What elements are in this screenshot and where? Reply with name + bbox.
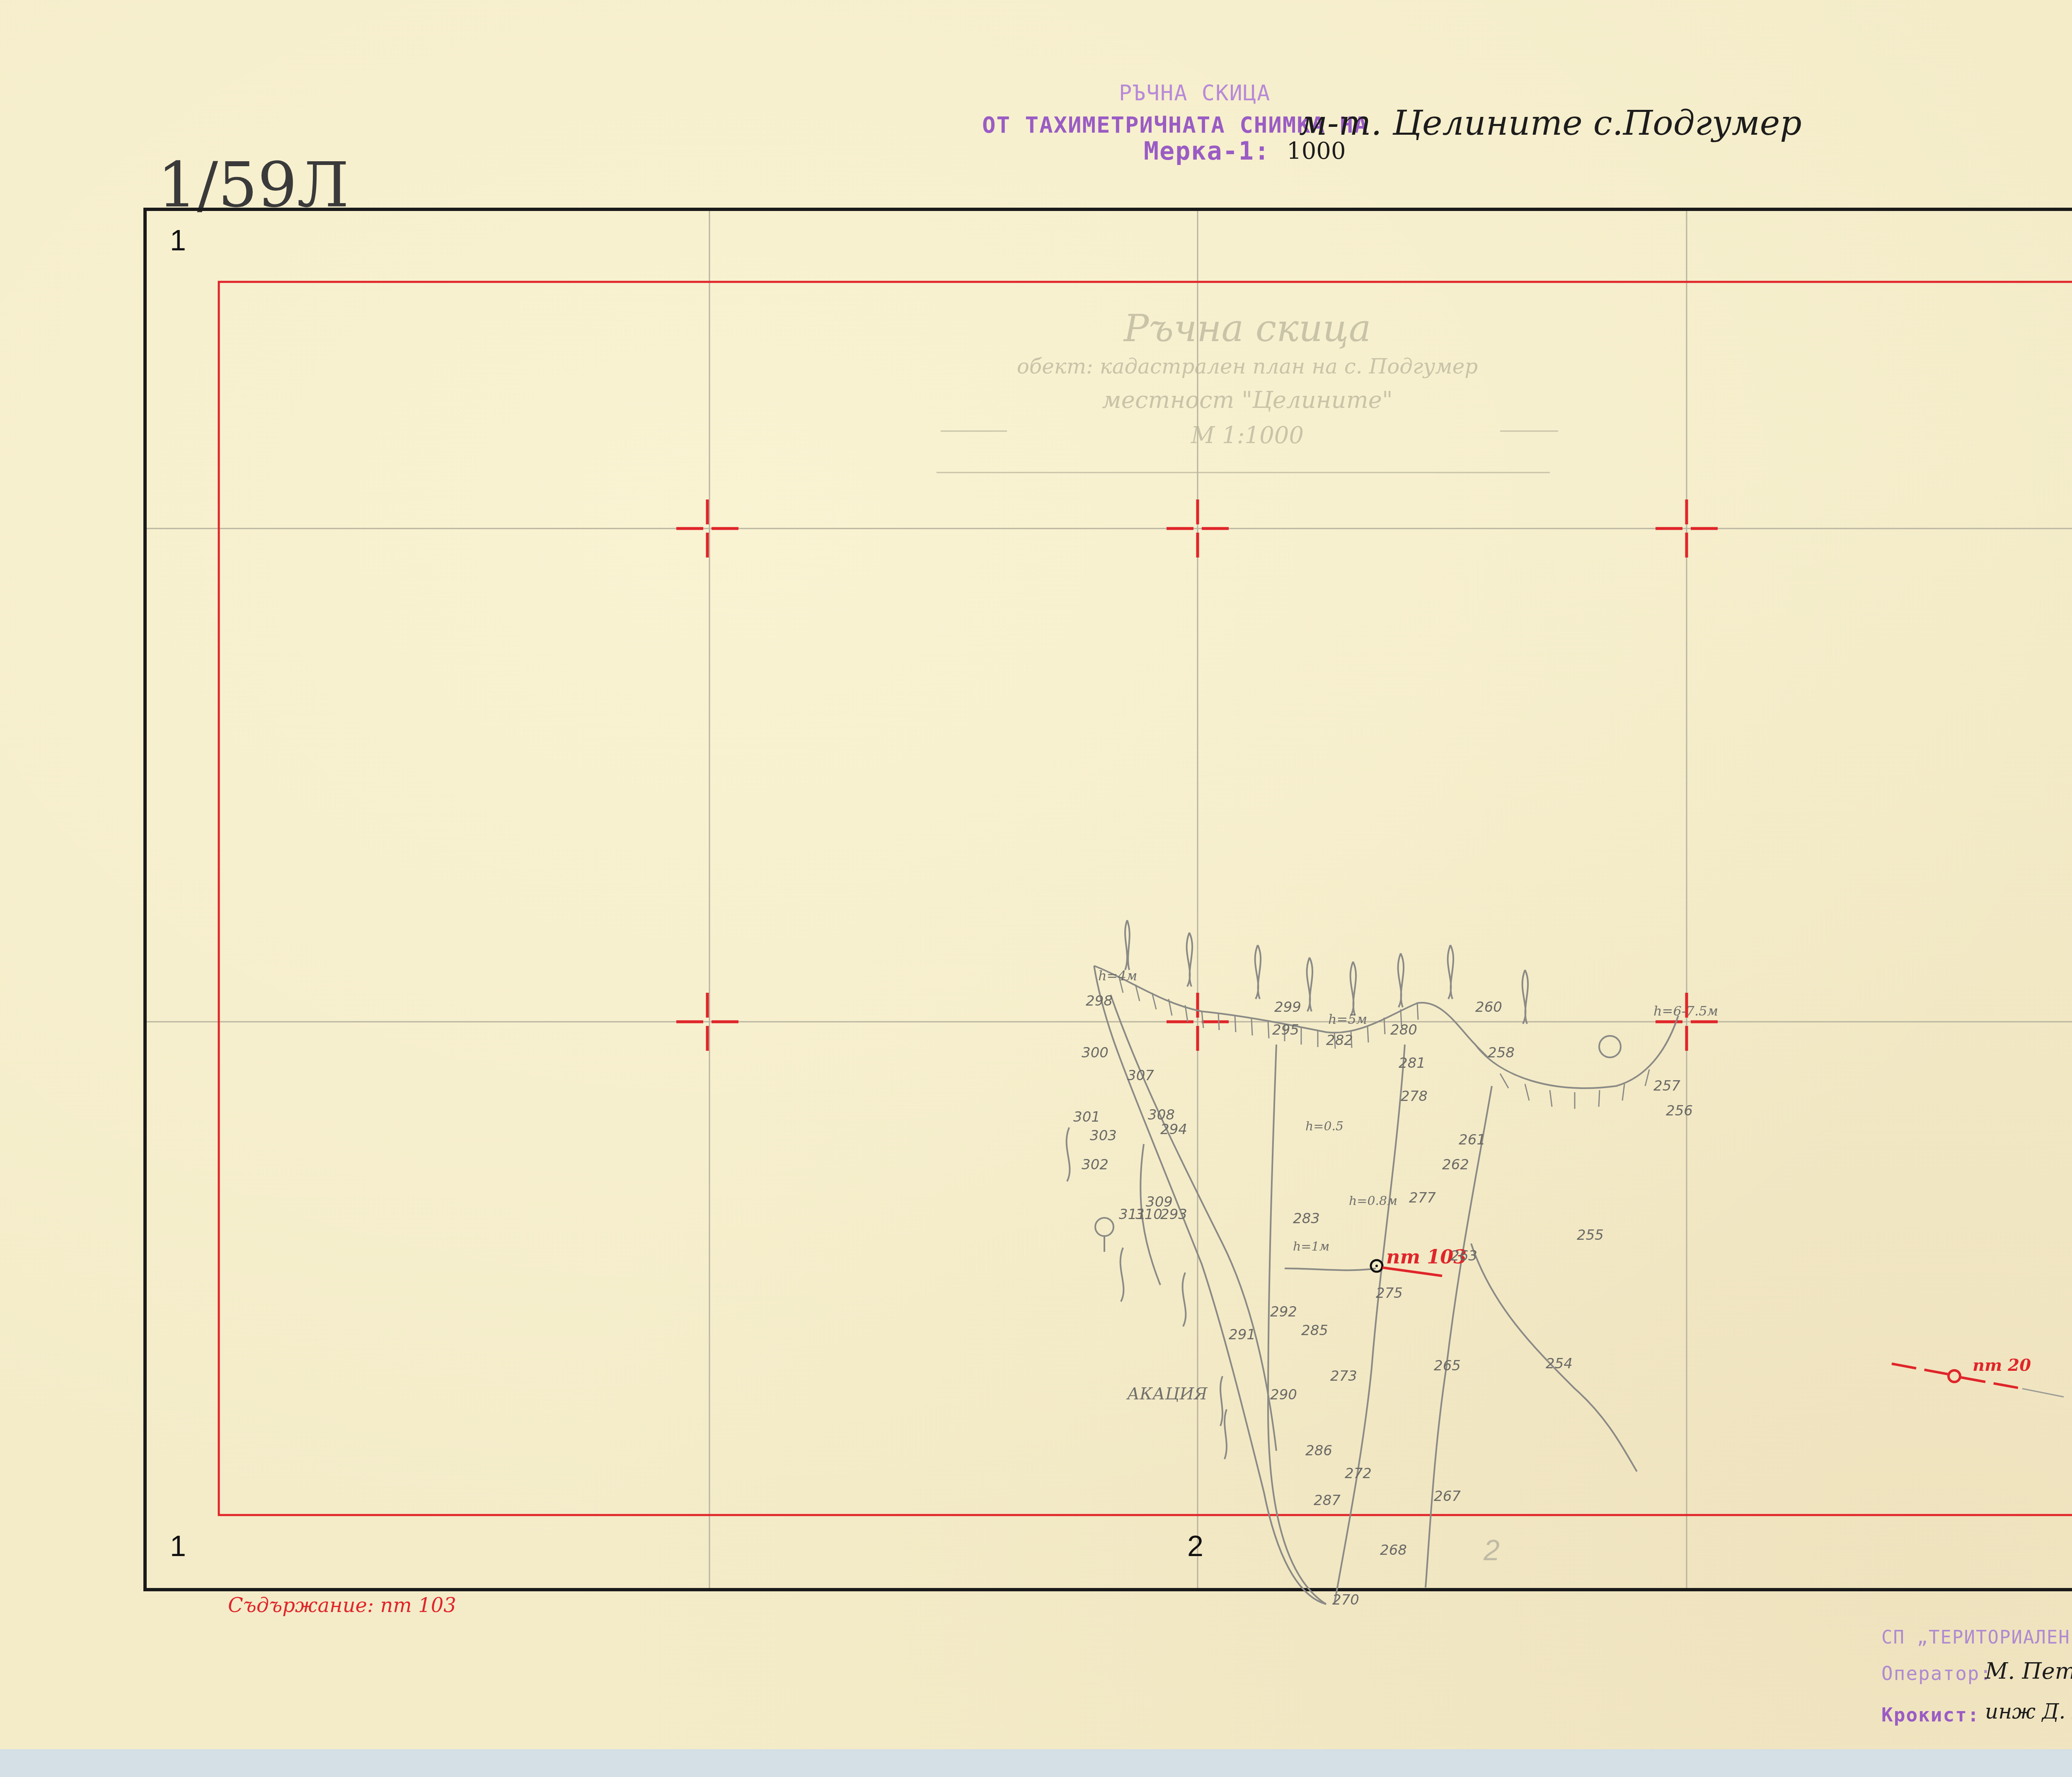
elevation-label: 294 [1160, 1121, 1187, 1138]
elevation-label: 255 [1577, 1227, 1604, 1244]
feature-label-h08: h=0.8м [1349, 1194, 1397, 1208]
elevation-label: 293 [1160, 1206, 1187, 1223]
elevation-label: 273 [1330, 1368, 1357, 1384]
elevation-label: 265 [1434, 1358, 1461, 1374]
elevation-label: 280 [1390, 1022, 1417, 1038]
point-label-pt20: пт 20 [1973, 1355, 2031, 1375]
elevation-label: 270 [1332, 1592, 1359, 1608]
elevation-label: 267 [1434, 1488, 1461, 1505]
bottom-center-label: 2 [1187, 1530, 1203, 1563]
elevation-label: 277 [1409, 1190, 1436, 1206]
faint-grid-label: 2 [1484, 1534, 1500, 1567]
feature-label-h4: h=4м [1098, 968, 1137, 984]
elevation-label: 263 [1450, 1248, 1477, 1264]
elevation-label: 268 [1380, 1542, 1407, 1559]
elevation-label: 257 [1653, 1078, 1680, 1094]
corner-label-top-left: 1 [170, 224, 186, 257]
elevation-label: 307 [1127, 1067, 1154, 1084]
elevation-label: 258 [1488, 1045, 1515, 1061]
elevation-label: 283 [1293, 1210, 1320, 1227]
elevation-label: 254 [1546, 1355, 1573, 1372]
elevation-label: 278 [1401, 1088, 1428, 1105]
elevation-label: 286 [1305, 1442, 1332, 1459]
elevation-label: 282 [1326, 1032, 1353, 1049]
elevation-label: 272 [1345, 1465, 1372, 1482]
content-label: Съдържание: пт 103 [228, 1594, 456, 1617]
elevation-label: 261 [1459, 1132, 1486, 1148]
elevation-label: 302 [1082, 1156, 1109, 1173]
elevation-label: 285 [1301, 1322, 1328, 1339]
elevation-label: 308 [1148, 1107, 1175, 1123]
elevation-label: 300 [1082, 1045, 1109, 1061]
operator-label: Оператор: [1881, 1662, 1992, 1685]
feature-label-h1: h=1м [1293, 1239, 1329, 1254]
elevation-label: 298 [1086, 993, 1113, 1009]
organization-stamp: СП „ТЕРИТОРИАЛЕН КАДАСТЪР" - СОФИЯ [1881, 1627, 2072, 1648]
elevation-label: 256 [1666, 1103, 1693, 1119]
elevation-label: 290 [1270, 1387, 1297, 1403]
inner-border [219, 282, 2072, 1515]
feature-label-h05: h=0.5 [1305, 1119, 1343, 1134]
elevation-label: 292 [1270, 1304, 1297, 1320]
operator-name: М. Петков [1985, 1658, 2072, 1684]
elevation-label: 303 [1090, 1127, 1117, 1144]
outer-border [145, 209, 2072, 1590]
feature-label-h675: h=6-7.5м [1653, 1003, 1718, 1019]
grid-lines [145, 209, 2072, 1590]
feature-label-acacia: АКАЦИЯ [1127, 1384, 1208, 1404]
elevation-label: 295 [1272, 1022, 1299, 1038]
elevation-label: 262 [1442, 1156, 1469, 1173]
elevation-label: 260 [1475, 999, 1502, 1016]
sketcher-name: инж Д. Попов [1985, 1699, 2072, 1724]
map-drawing [0, 0, 2072, 1777]
elevation-label: 287 [1314, 1492, 1341, 1509]
corner-label-bottom-left: 1 [170, 1530, 186, 1563]
feature-label-h5: h=5м [1328, 1011, 1367, 1027]
elevation-label: 311 [1119, 1206, 1146, 1223]
map-sheet: 1/59Л РЪЧНА СКИЦА ОТ ТАХИМЕТРИЧНАТА СНИМ… [0, 0, 2072, 1749]
elevation-label: 291 [1229, 1326, 1256, 1343]
elevation-label: 301 [1073, 1109, 1100, 1125]
elevation-label: 275 [1376, 1285, 1403, 1302]
elevation-label: 299 [1274, 999, 1301, 1016]
elevation-label: 281 [1399, 1055, 1426, 1072]
sketcher-label: Крокист: [1881, 1704, 1980, 1726]
